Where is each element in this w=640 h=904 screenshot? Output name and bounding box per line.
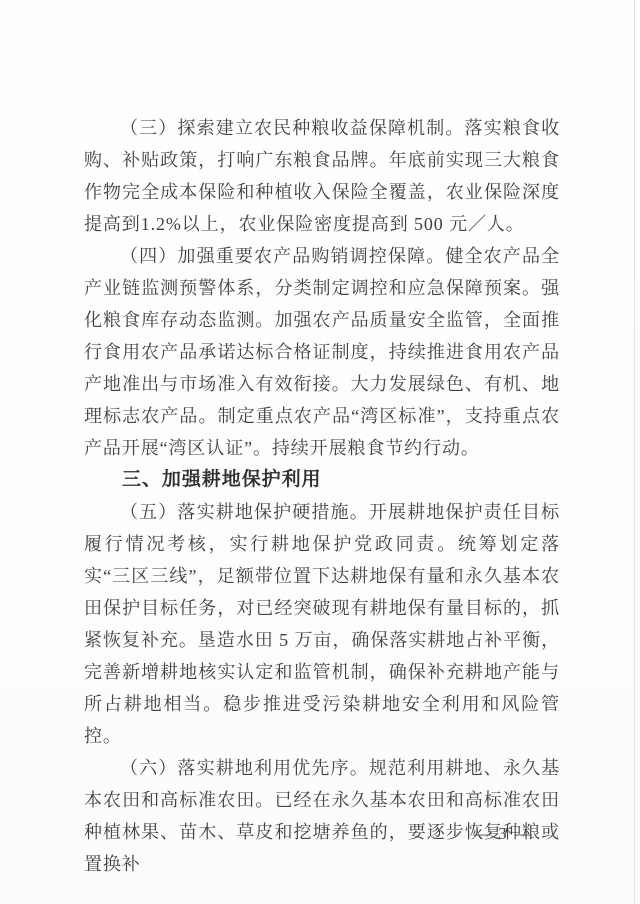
paragraph-item-4: （四）加强重要农产品购销调控保障。健全农产品全产业链监测预警体系，分类制定调控和… (84, 240, 560, 464)
page-number: — 3 — (0, 824, 534, 844)
scan-edge-artifact (634, 0, 635, 904)
section-heading-farmland-protection: 三、加强耕地保护利用 (84, 464, 560, 496)
paragraph-item-5: （五）落实耕地保护硬措施。开展耕地保护责任目标履行情况考核，实行耕地保护党政同责… (84, 496, 560, 752)
document-body: （三）探索建立农民种粮收益保障机制。落实粮食收购、补贴政策，打响广东粮食品牌。年… (84, 112, 560, 880)
paragraph-item-6: （六）落实耕地利用优先序。规范利用耕地、永久基本农田和高标准农田。已经在永久基本… (84, 752, 560, 880)
document-page: （三）探索建立农民种粮收益保障机制。落实粮食收购、补贴政策，打响广东粮食品牌。年… (0, 0, 640, 904)
paragraph-item-3: （三）探索建立农民种粮收益保障机制。落实粮食收购、补贴政策，打响广东粮食品牌。年… (84, 112, 560, 240)
